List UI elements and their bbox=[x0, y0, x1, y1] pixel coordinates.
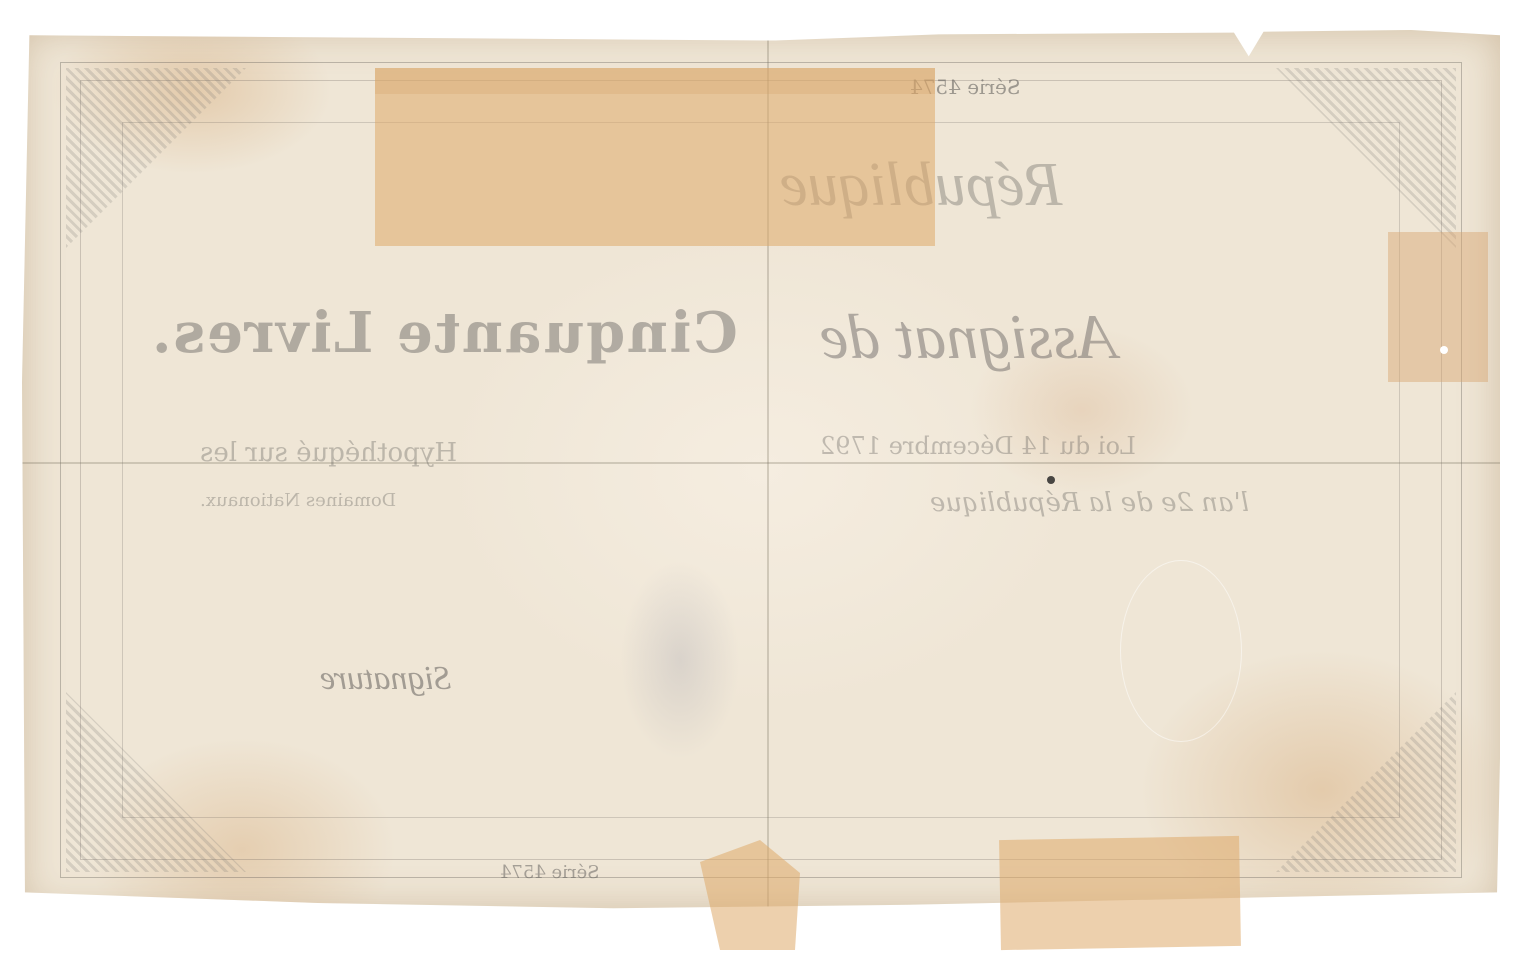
text-line-right-1: Loi du 14 Décembre 1792 bbox=[820, 432, 1136, 460]
tape-patch-right bbox=[1388, 232, 1488, 382]
ink-spot bbox=[1047, 476, 1055, 484]
text-line-right-2: l'an 2e de la République bbox=[930, 488, 1249, 518]
title-left-showthrough: Cinquante Livres. bbox=[150, 300, 738, 366]
text-line-left-1: Hypothéqué sur les bbox=[200, 438, 457, 468]
serial-number-bottom: Série 4574 bbox=[500, 862, 600, 883]
watermark-figure bbox=[620, 560, 740, 760]
tape-patch-top bbox=[375, 68, 935, 246]
title-right-showthrough: Assignat de bbox=[820, 300, 1117, 374]
pinhole bbox=[1440, 346, 1448, 354]
tape-patch-bottom-right bbox=[999, 836, 1241, 950]
dry-seal-embossing bbox=[1120, 560, 1242, 742]
signature-showthrough: Signature bbox=[320, 660, 451, 698]
text-line-left-2: Domaines Nationaux. bbox=[200, 490, 396, 511]
